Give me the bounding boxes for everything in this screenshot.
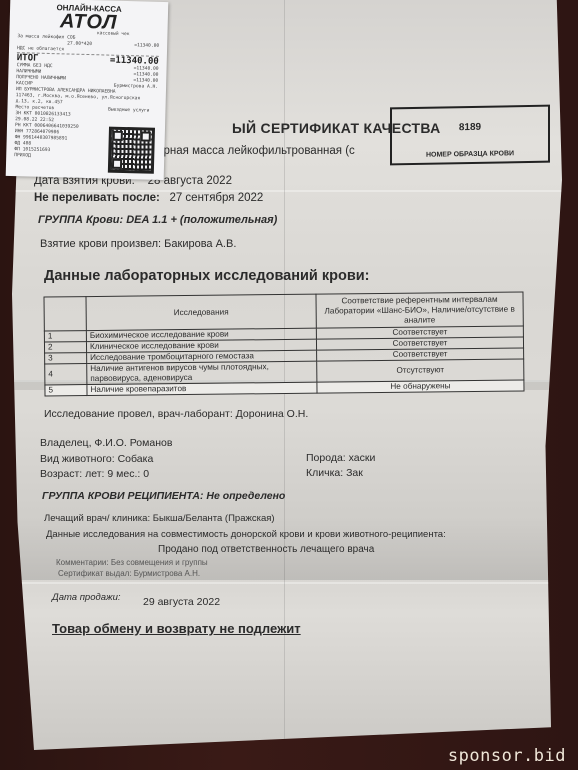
owner: Владелец, Ф.И.О. Романов <box>40 437 172 449</box>
receipt-total-value: =11340.00 <box>110 56 159 67</box>
nickname: Кличка: Зак <box>306 467 363 479</box>
row-number: 2 <box>44 342 86 353</box>
row-number: 4 <box>45 364 87 385</box>
compatibility-label: Данные исследования на совместимость дон… <box>46 529 446 540</box>
receipt-line-value: Бурмистрова А.Н. <box>114 84 158 91</box>
table-header-row: Исследования Соответствие референтным ин… <box>44 292 523 331</box>
watermark: sponsor.bid <box>448 746 566 766</box>
test-result: Не обнаружены <box>317 380 524 393</box>
test-result: Отсутствуют <box>317 359 524 382</box>
researcher: Исследование провел, врач-лаборант: Доро… <box>44 408 308 420</box>
qr-code <box>108 127 155 174</box>
test-name: Наличие кровепаразитов <box>87 382 317 395</box>
comments: Комментарии: Без совмещения и группы <box>56 558 208 567</box>
product-description: тарная масса лейкофильтрованная (с <box>152 145 355 157</box>
fold-line <box>12 582 562 584</box>
no-return-notice: Товар обмену и возврату не подлежит <box>52 621 301 636</box>
qr-corner <box>141 131 151 141</box>
collected-by: Взятие крови произвел: Бакирова А.В. <box>40 238 236 250</box>
expiry-value: 27 сентября 2022 <box>169 192 263 204</box>
sale-date-label: Дата продажи: <box>52 592 121 603</box>
issued-by: Сертификат выдал: Бурмистрова А.Н. <box>58 569 200 578</box>
qr-corner <box>113 131 123 141</box>
test-name: Наличие антигенов вирусов чумы плотоядны… <box>87 361 317 384</box>
compatibility-value: Продано под ответственность лечащего вра… <box>158 544 374 555</box>
receipt-vat-note: НДС не облагается <box>17 46 64 53</box>
receipt-total-label: ИТОГ <box>17 53 39 64</box>
recipient-blood-group: ГРУППА КРОВИ РЕЦИПИЕНТА: Не определено <box>42 490 285 502</box>
receipt-lines: СУММА БЕЗ НДС=11340.00НАЛИЧНЫМИ=11340.00… <box>16 63 159 91</box>
expiry-date: Не переливать после: 27 сентября 2022 <box>34 192 263 204</box>
cash-receipt: ОНЛАЙН-КАССА АТОЛ кассовый чек За масса … <box>6 0 169 180</box>
breed: Порода: хаски <box>306 452 375 464</box>
certificate-title: ЫЙ СЕРТИФИКАТ КАЧЕСТВА <box>232 120 441 136</box>
lab-results-table: Исследования Соответствие референтным ин… <box>43 291 524 396</box>
qr-corner <box>112 159 122 169</box>
receipt-item-sum: =11340.00 <box>134 43 159 50</box>
column-header-number <box>44 297 86 331</box>
column-header-test: Исследования <box>86 294 316 330</box>
sample-number-label: НОМЕР ОБРАЗЦА КРОВИ <box>392 150 548 160</box>
blood-group: ГРУППА Крови: DEA 1.1 + (положительная) <box>38 214 277 226</box>
column-header-result: Соответствие референтным интервалам Лабо… <box>316 292 523 328</box>
sale-date-value: 29 августа 2022 <box>143 596 220 608</box>
attending-doctor: Лечащий врач/ клиника: Быкша/Беланта (Пр… <box>44 513 275 524</box>
expiry-label: Не переливать после: <box>34 192 160 204</box>
receipt-service: Выездные услуги <box>108 108 158 115</box>
species: Вид животного: Собака <box>40 453 153 465</box>
lab-section-title: Данные лабораторных исследований крови: <box>44 268 369 284</box>
row-number: 3 <box>45 353 87 364</box>
row-number: 1 <box>44 331 86 342</box>
row-number: 5 <box>45 385 87 396</box>
age: Возраст: лет: 9 мес.: 0 <box>40 468 149 480</box>
